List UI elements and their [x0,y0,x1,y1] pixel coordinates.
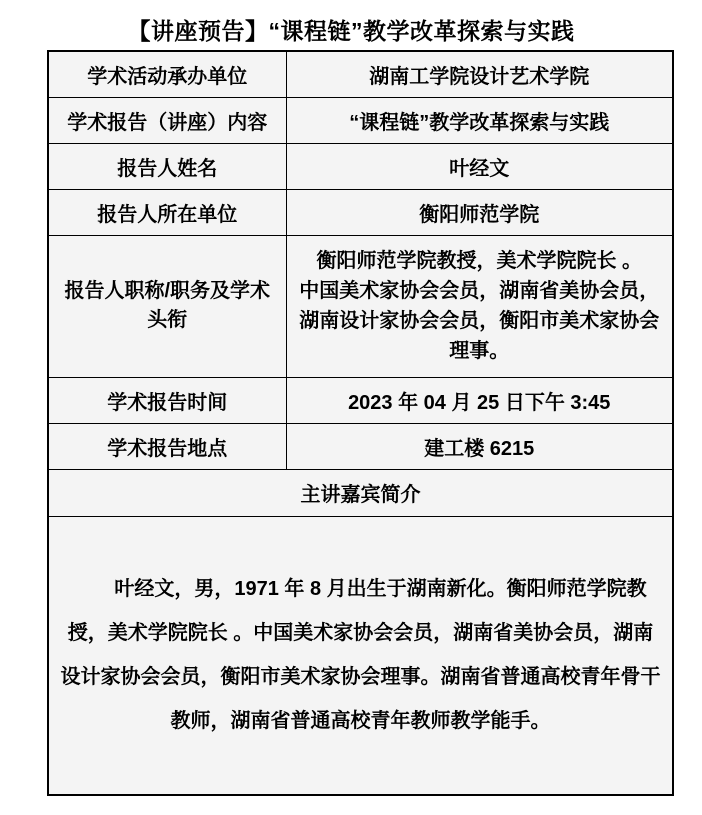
guest-bio-cell: 叶经文，男，1971 年 8 月出生于湖南新化。衡阳师范学院教授，美术学院院长 … [48,516,673,795]
table-row-speaker-titles: 报告人职称/职务及学术头衔 衡阳师范学院教授，美术学院院长 。 中国美术家协会会… [48,235,673,377]
table-row-speaker-name: 报告人姓名 叶经文 [48,143,673,189]
table-row-lecture-content: 学术报告（讲座）内容 “课程链”教学改革探索与实践 [48,97,673,143]
speaker-affiliation-value: 衡阳师范学院 [286,189,673,235]
organizer-label: 学术活动承办单位 [48,51,286,97]
lecture-location-value: 建工楼 6215 [286,423,673,469]
speaker-name-label: 报告人姓名 [48,143,286,189]
lecture-time-label: 学术报告时间 [48,377,286,423]
table-row-lecture-location: 学术报告地点 建工楼 6215 [48,423,673,469]
speaker-name-value: 叶经文 [286,143,673,189]
table-row-organizer: 学术活动承办单位 湖南工学院设计艺术学院 [48,51,673,97]
speaker-affiliation-label: 报告人所在单位 [48,189,286,235]
lecture-content-value: “课程链”教学改革探索与实践 [286,97,673,143]
lecture-location-label: 学术报告地点 [48,423,286,469]
table-row-speaker-affiliation: 报告人所在单位 衡阳师范学院 [48,189,673,235]
speaker-titles-label: 报告人职称/职务及学术头衔 [48,235,286,377]
table-row-lecture-time: 学术报告时间 2023 年 04 月 25 日下午 3:45 [48,377,673,423]
page-title: 【讲座预告】“课程链”教学改革探索与实践 [0,0,702,50]
guest-bio-paragraph: 叶经文，男，1971 年 8 月出生于湖南新化。衡阳师范学院教授，美术学院院长 … [59,567,662,743]
lecture-content-label: 学术报告（讲座）内容 [48,97,286,143]
lecture-time-value: 2023 年 04 月 25 日下午 3:45 [286,377,673,423]
guest-intro-section-header: 主讲嘉宾简介 [48,469,673,516]
speaker-titles-value: 衡阳师范学院教授，美术学院院长 。 中国美术家协会会员，湖南省美协会员，湖南设计… [286,235,673,377]
table-row-section-header: 主讲嘉宾简介 [48,469,673,516]
organizer-value: 湖南工学院设计艺术学院 [286,51,673,97]
lecture-announcement-table: 学术活动承办单位 湖南工学院设计艺术学院 学术报告（讲座）内容 “课程链”教学改… [47,50,674,796]
table-row-bio: 叶经文，男，1971 年 8 月出生于湖南新化。衡阳师范学院教授，美术学院院长 … [48,516,673,795]
